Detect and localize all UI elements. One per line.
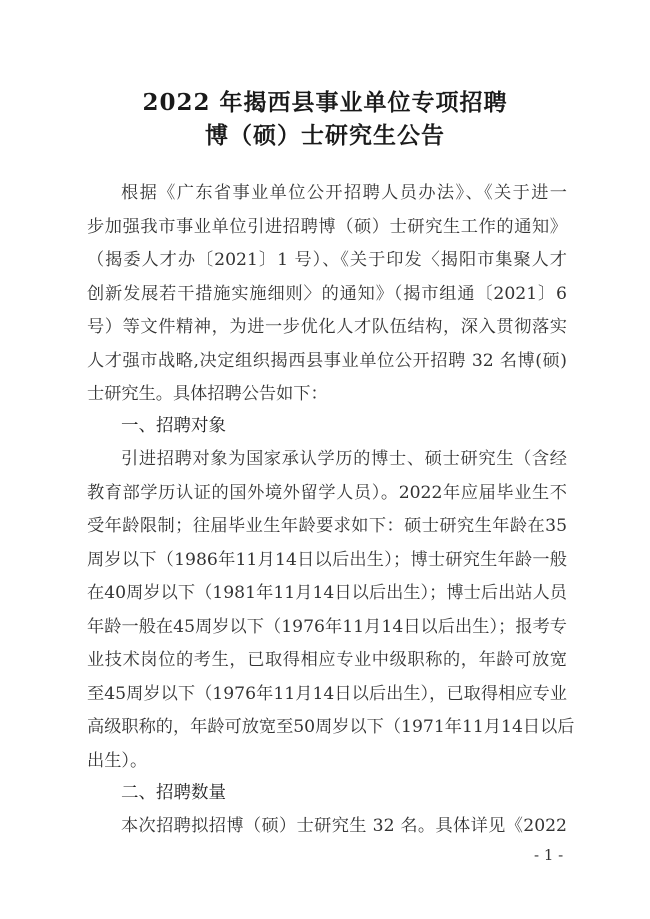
intro-line: 人才强市战略,决定组织揭西县事业单位公开招聘 32 名博(硕) <box>87 349 567 373</box>
section2-line: 本次招聘拟招博（硕）士研究生 32 名。具体详见《2022 <box>121 814 567 838</box>
section1-line: 周岁以下（1986年11月14日以后出生）；博士研究生年龄一般 <box>87 548 567 572</box>
section1-line: 出生）。 <box>87 749 567 773</box>
intro-line: （揭委人才办〔2021〕1 号）、《关于印发〈揭阳市集聚人才 <box>87 248 567 272</box>
document-title-line-1: 2022 年揭西县事业单位专项招聘 <box>0 84 650 117</box>
section1-line: 高级职称的，年龄可放宽至50周岁以下（1971年11月14日以后 <box>87 715 567 739</box>
section1-line: 年龄一般在45周岁以下（1976年11月14日以后出生）；报考专 <box>87 615 567 639</box>
intro-line: 士研究生。具体招聘公告如下： <box>87 382 567 406</box>
intro-line: 号）等文件精神，为进一步优化人才队伍结构，深入贯彻落实 <box>87 315 567 339</box>
section1-line: 在40周岁以下（1981年11月14日以后出生）；博士后出站人员 <box>87 581 567 605</box>
section1-line: 业技术岗位的考生，已取得相应专业中级职称的，年龄可放宽 <box>87 648 567 672</box>
section-heading-recruitment-quantity: 二、招聘数量 <box>121 781 226 805</box>
section1-line: 引进招聘对象为国家承认学历的博士、硕士研究生（含经 <box>121 447 567 471</box>
intro-line: 步加强我市事业单位引进招聘博（硕）士研究生工作的通知》 <box>87 215 567 239</box>
section-heading-recruitment-targets: 一、招聘对象 <box>121 414 226 438</box>
page-number: - 1 - <box>534 846 563 864</box>
document-page: 2022 年揭西县事业单位专项招聘 博（硕）士研究生公告 根据《广东省事业单位公… <box>0 0 650 919</box>
intro-line: 根据《广东省事业单位公开招聘人员办法》、《关于进一 <box>121 181 567 205</box>
document-title-line-2: 博（硕）士研究生公告 <box>0 117 650 150</box>
section1-line: 教育部学历认证的国外境外留学人员）。2022年应届毕业生不 <box>87 481 567 505</box>
intro-line: 创新发展若干措施实施细则〉的通知》（揭市组通〔2021〕6 <box>87 282 567 306</box>
section1-line: 受年龄限制；往届毕业生年龄要求如下：硕士研究生年龄在35 <box>87 514 567 538</box>
section1-line: 至45周岁以下（1976年11月14日以后出生），已取得相应专业 <box>87 682 567 706</box>
